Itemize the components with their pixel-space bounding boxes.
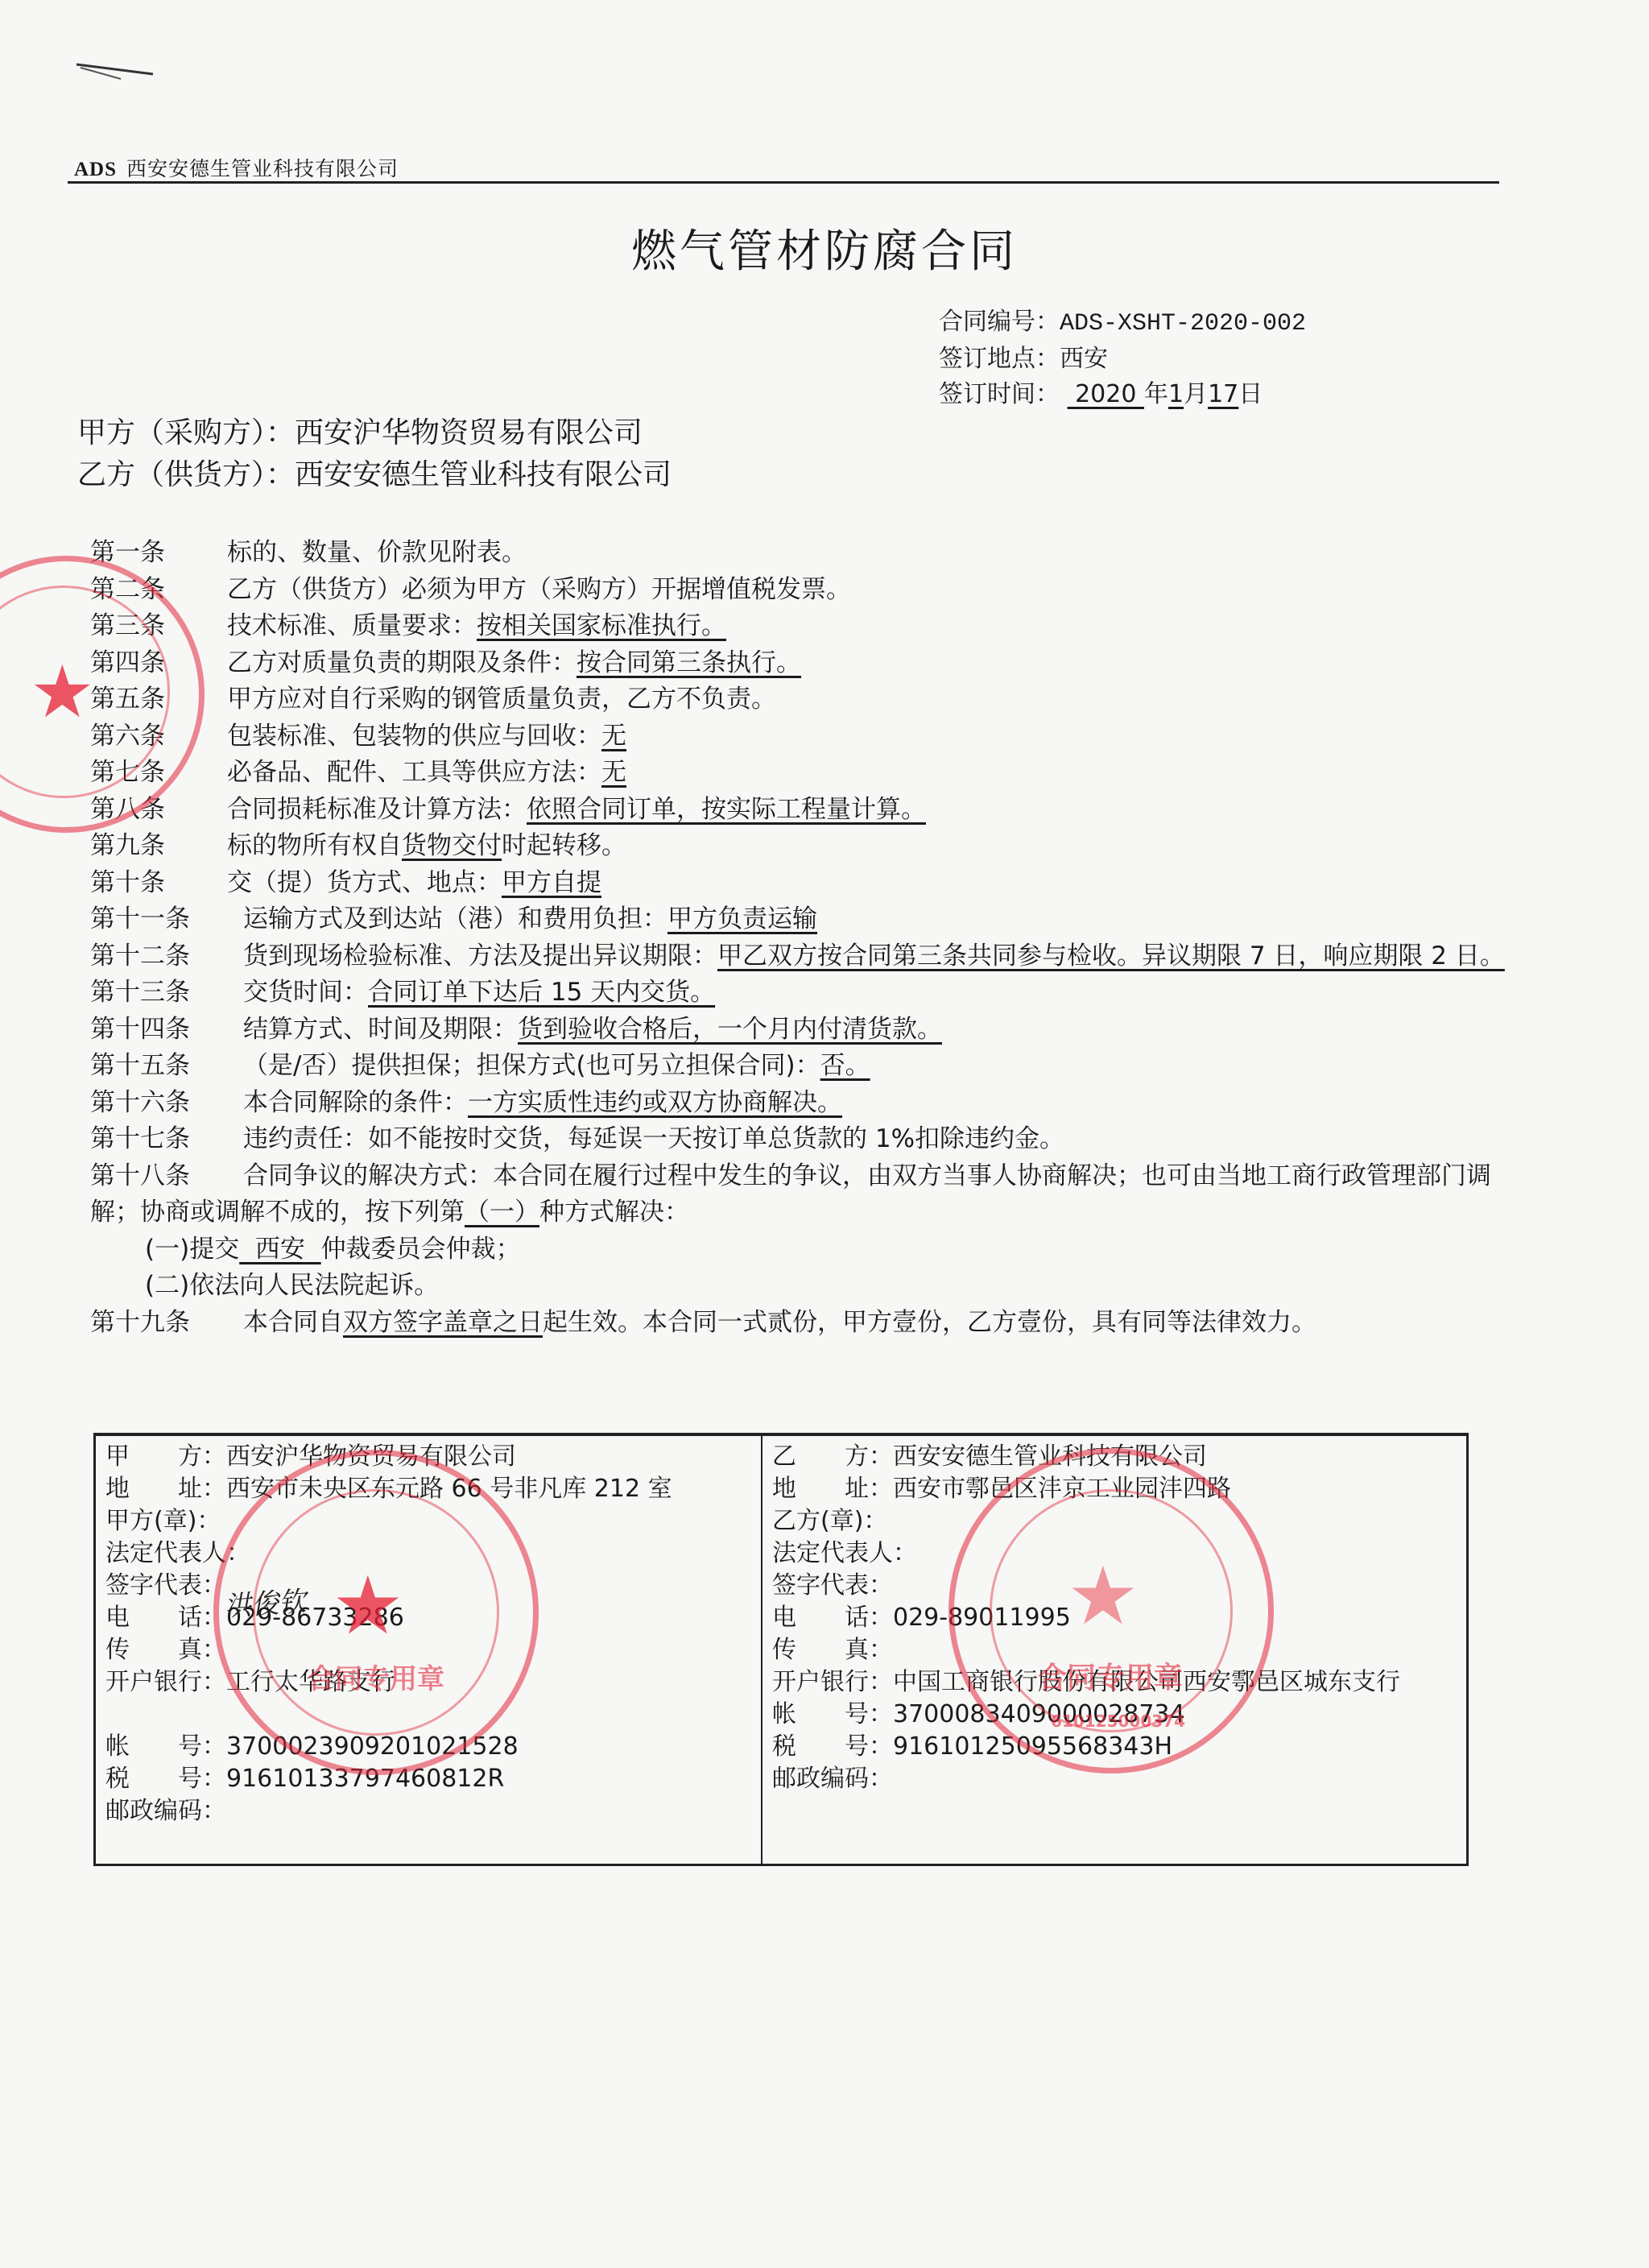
signing-month: 1 bbox=[1168, 380, 1184, 408]
arbitration-city: 西安 bbox=[239, 1235, 320, 1264]
scan-pen-mark bbox=[72, 56, 161, 81]
clause-16: 第十六条本合同解除的条件：一方实质性违约或双方协商解决。 bbox=[90, 1085, 1515, 1122]
party-b-account-row: 帐 号：3700083409000028734 bbox=[772, 1699, 1457, 1731]
clause-number: 第六条 bbox=[90, 718, 227, 755]
field-label: 乙方(章)： bbox=[772, 1505, 887, 1538]
clause-text: 交货时间： bbox=[243, 978, 368, 1007]
signing-day: 17 bbox=[1208, 380, 1238, 408]
clause-13: 第十三条交货时间：合同订单下达后 15 天内交货。 bbox=[90, 975, 1515, 1012]
field-value: 工行太华路支行 bbox=[226, 1666, 395, 1699]
clause-number: 第五条 bbox=[90, 681, 227, 718]
party-b-signature-block: 乙 方：西安安德生管业科技有限公司地 址：西安市鄠邑区沣京工业园沣四路乙方(章)… bbox=[763, 1436, 1466, 1864]
clause-19: 第十九条本合同自双方签字盖章之日起生效。本合同一式贰份，甲方壹份，乙方壹份，具有… bbox=[90, 1305, 1515, 1342]
seal-star-icon: ★ bbox=[30, 650, 95, 735]
row-spacer bbox=[105, 1699, 751, 1731]
party-a-postal-row: 邮政编码： bbox=[105, 1795, 751, 1827]
clause-number: 第十九条 bbox=[90, 1305, 243, 1342]
field-value: 3700023909201021528 bbox=[226, 1731, 519, 1763]
seller-name: 西安安德生管业科技有限公司 bbox=[295, 458, 672, 491]
clause-9: 第九条标的物所有权自货物交付时起转移。 bbox=[90, 828, 1515, 865]
field-label: 税 号： bbox=[105, 1763, 226, 1795]
clause-tail: 起生效。本合同一式贰份，甲方壹份，乙方壹份，具有同等法律效力。 bbox=[543, 1308, 1316, 1337]
clause-1: 第一条标的、数量、价款见附表。 bbox=[90, 535, 1515, 572]
dispute-option-1: (一)提交 西安 仲裁委员会仲裁； bbox=[90, 1231, 1515, 1269]
field-label: 电 话： bbox=[105, 1602, 226, 1634]
clause-text: 合同争议的解决方式：本合同在履行过程中发生的争议，由双方当事人协商解决；也可由当… bbox=[90, 1161, 1491, 1227]
signing-place: 西安 bbox=[1060, 345, 1108, 373]
clause-tail: 种方式解决： bbox=[539, 1198, 689, 1227]
clause-4: 第四条乙方对质量负责的期限及条件：按合同第三条执行。 bbox=[90, 645, 1515, 682]
clause-value: （一） bbox=[465, 1198, 539, 1227]
field-label: 地 址： bbox=[772, 1473, 893, 1505]
letterhead-divider bbox=[68, 181, 1499, 184]
field-label: 税 号： bbox=[772, 1731, 893, 1763]
party-a-fax-row: 传 真： bbox=[105, 1634, 751, 1666]
field-label: 甲 方： bbox=[105, 1441, 226, 1473]
party-a-seal-row: 甲方(章)： bbox=[105, 1505, 751, 1538]
clause-text: 乙方对质量负责的期限及条件： bbox=[227, 648, 577, 677]
clause-18: 第十八条合同争议的解决方式：本合同在履行过程中发生的争议，由双方当事人协商解决；… bbox=[90, 1158, 1515, 1231]
clause-value: 货到验收合格后，一个月内付清货款。 bbox=[518, 1015, 942, 1044]
field-label: 帐 号： bbox=[772, 1699, 893, 1731]
clause-5: 第五条甲方应对自行采购的钢管质量负责，乙方不负责。 bbox=[90, 681, 1515, 718]
clause-text: 本合同自 bbox=[243, 1308, 343, 1337]
clause-number: 第十四条 bbox=[90, 1012, 243, 1049]
party-b-seal-row: 乙方(章)： bbox=[772, 1505, 1457, 1538]
clause-number: 第二条 bbox=[90, 572, 227, 609]
clause-number: 第十八条 bbox=[90, 1158, 243, 1195]
clause-value: 货物交付 bbox=[402, 831, 502, 860]
party-b-phone-row: 电 话：029-89011995 bbox=[772, 1602, 1457, 1634]
clause-text: 甲方应对自行采购的钢管质量负责，乙方不负责。 bbox=[227, 685, 776, 714]
clause-value: 按合同第三条执行。 bbox=[577, 648, 801, 677]
clause-17: 第十七条违约责任：如不能按时交货，每延误一天按订单总货款的 1%扣除违约金。 bbox=[90, 1121, 1515, 1158]
clause-value: 甲方负责运输 bbox=[667, 904, 817, 933]
field-label: 乙 方： bbox=[772, 1441, 893, 1473]
letterhead: ADS西安安德生管业科技有限公司 bbox=[74, 153, 399, 182]
clause-number: 第十二条 bbox=[90, 938, 243, 975]
field-label: 法定代表人： bbox=[105, 1538, 250, 1570]
field-label: 传 真： bbox=[105, 1634, 226, 1666]
year-unit: 年 bbox=[1144, 380, 1168, 408]
party-b-address-row: 地 址：西安市鄠邑区沣京工业园沣四路 bbox=[772, 1473, 1457, 1505]
party-b-legal-rep-row: 法定代表人： bbox=[772, 1538, 1457, 1570]
clause-text: 乙方（供货方）必须为甲方（采购方）开据增值税发票。 bbox=[227, 575, 851, 604]
clause-6: 第六条包装标准、包装物的供应与回收：无 bbox=[90, 718, 1515, 755]
clause-2: 第二条乙方（供货方）必须为甲方（采购方）开据增值税发票。 bbox=[90, 572, 1515, 609]
party-b-signer-row: 签字代表： bbox=[772, 1570, 1457, 1602]
clause-tail: 时起转移。 bbox=[502, 831, 626, 860]
field-value: 西安市鄠邑区沣京工业园沣四路 bbox=[893, 1473, 1231, 1505]
clause-text: 结算方式、时间及期限： bbox=[243, 1015, 518, 1044]
clause-number: 第四条 bbox=[90, 645, 227, 682]
field-value: 3700083409000028734 bbox=[893, 1699, 1185, 1731]
signature-table: 甲 方：西安沪华物资贸易有限公司地 址：西安市未央区东元路 66 号非凡库 21… bbox=[93, 1433, 1469, 1866]
field-value: 91610133797460812R bbox=[226, 1763, 504, 1795]
signing-year: 2020 bbox=[1068, 380, 1144, 408]
clause-number: 第十一条 bbox=[90, 901, 243, 938]
clause-number: 第十七条 bbox=[90, 1121, 243, 1158]
clause-number: 第十五条 bbox=[90, 1048, 243, 1085]
clause-text: （是/否）提供担保；担保方式(也可另立担保合同)： bbox=[243, 1051, 820, 1080]
date-label: 签订时间： bbox=[939, 380, 1060, 408]
party-b-postal-row: 邮政编码： bbox=[772, 1763, 1457, 1795]
party-a-party-row: 甲 方：西安沪华物资贸易有限公司 bbox=[105, 1441, 751, 1473]
field-label: 开户银行： bbox=[772, 1666, 893, 1699]
party-b-fax-row: 传 真： bbox=[772, 1634, 1457, 1666]
clause-number: 第一条 bbox=[90, 535, 227, 572]
clause-text: 运输方式及到达站（港）和费用负担： bbox=[243, 904, 667, 933]
clause-text: 包装标准、包装物的供应与回收： bbox=[227, 722, 601, 751]
clause-number: 第十六条 bbox=[90, 1085, 243, 1122]
day-unit: 日 bbox=[1238, 380, 1263, 408]
contract-no-label: 合同编号： bbox=[939, 308, 1060, 336]
clause-text: 货到现场检验标准、方法及提出异议期限： bbox=[243, 942, 717, 971]
month-unit: 月 bbox=[1184, 380, 1208, 408]
option-prefix: (一)提交 bbox=[145, 1235, 239, 1264]
field-value: 西安安德生管业科技有限公司 bbox=[893, 1441, 1207, 1473]
party-b-party-row: 乙 方：西安安德生管业科技有限公司 bbox=[772, 1441, 1457, 1473]
field-value: 中国工商银行股份有限公司西安鄠邑区城东支行 bbox=[893, 1666, 1457, 1699]
clause-value: 一方实质性违约或双方协商解决。 bbox=[468, 1088, 842, 1117]
dispute-option-2: (二)依法向人民法院起诉。 bbox=[90, 1268, 1515, 1305]
clause-text: 交（提）货方式、地点： bbox=[227, 868, 502, 897]
party-a-phone-row: 电 话：029-86733286 bbox=[105, 1602, 751, 1634]
clause-14: 第十四条结算方式、时间及期限：货到验收合格后，一个月内付清货款。 bbox=[90, 1012, 1515, 1049]
clause-value: 否。 bbox=[820, 1051, 870, 1080]
clause-text: 违约责任：如不能按时交货，每延误一天按订单总货款的 1%扣除违约金。 bbox=[243, 1124, 1064, 1153]
clause-7: 第七条必备品、配件、工具等供应方法：无 bbox=[90, 755, 1515, 792]
handwritten-signature: 洪俊钦 bbox=[222, 1579, 307, 1624]
party-a-bank-row: 开户银行：工行太华路支行 bbox=[105, 1666, 751, 1699]
clause-list: 第一条标的、数量、价款见附表。第二条乙方（供货方）必须为甲方（采购方）开据增值税… bbox=[90, 535, 1515, 1341]
clause-10: 第十条交（提）货方式、地点：甲方自提 bbox=[90, 865, 1515, 902]
letterhead-company: 西安安德生管业科技有限公司 bbox=[126, 157, 399, 180]
clause-15: 第十五条（是/否）提供担保；担保方式(也可另立担保合同)：否。 bbox=[90, 1048, 1515, 1085]
clause-number: 第八条 bbox=[90, 792, 227, 829]
clause-number: 第九条 bbox=[90, 828, 227, 865]
clause-value: 依照合同订单，按实际工程量计算。 bbox=[527, 795, 926, 824]
company-logo-text: ADS bbox=[74, 159, 117, 180]
clause-12: 第十二条货到现场检验标准、方法及提出异议期限：甲乙双方按合同第三条共同参与检收。… bbox=[90, 938, 1515, 975]
field-label: 传 真： bbox=[772, 1634, 893, 1666]
clause-8: 第八条合同损耗标准及计算方法：依照合同订单，按实际工程量计算。 bbox=[90, 792, 1515, 829]
clause-value: 双方签字盖章之日 bbox=[343, 1308, 543, 1337]
seller-label: 乙方（供货方）： bbox=[77, 458, 295, 491]
clause-value: 无 bbox=[601, 758, 626, 787]
option-suffix: 仲裁委员会仲裁； bbox=[321, 1235, 521, 1264]
clause-text: 标的、数量、价款见附表。 bbox=[227, 538, 527, 567]
field-value: 029-89011995 bbox=[893, 1602, 1071, 1634]
party-a-tax-row: 税 号：91610133797460812R bbox=[105, 1763, 751, 1795]
place-label: 签订地点： bbox=[939, 345, 1060, 373]
party-a-signature-block: 甲 方：西安沪华物资贸易有限公司地 址：西安市未央区东元路 66 号非凡库 21… bbox=[96, 1436, 763, 1864]
clause-number: 第三条 bbox=[90, 608, 227, 645]
contract-meta: 合同编号：ADS-XSHT-2020-002 签订地点：西安 签订时间： 202… bbox=[939, 304, 1306, 412]
party-b-bank-row: 开户银行：中国工商银行股份有限公司西安鄠邑区城东支行 bbox=[772, 1666, 1457, 1699]
field-label: 签字代表： bbox=[772, 1570, 893, 1602]
party-a-signer-row: 签字代表： bbox=[105, 1570, 751, 1602]
party-a-legal-rep-row: 法定代表人： bbox=[105, 1538, 751, 1570]
clause-text: 标的物所有权自 bbox=[227, 831, 402, 860]
clause-text: 技术标准、质量要求： bbox=[227, 611, 477, 640]
clause-text: 本合同解除的条件： bbox=[243, 1088, 468, 1117]
buyer-label: 甲方（采购方）： bbox=[77, 416, 295, 449]
party-b-tax-row: 税 号：91610125095568343H bbox=[772, 1731, 1457, 1763]
field-value: 西安市未央区东元路 66 号非凡库 212 室 bbox=[226, 1473, 672, 1505]
clause-value: 无 bbox=[601, 722, 626, 751]
clause-text: 合同损耗标准及计算方法： bbox=[227, 795, 527, 824]
field-label: 帐 号： bbox=[105, 1731, 226, 1763]
field-label: 甲方(章)： bbox=[105, 1505, 221, 1538]
clause-text: 必备品、配件、工具等供应方法： bbox=[227, 758, 601, 787]
field-label: 电 话： bbox=[772, 1602, 893, 1634]
field-value: 西安沪华物资贸易有限公司 bbox=[226, 1441, 516, 1473]
field-label: 签字代表： bbox=[105, 1570, 226, 1602]
clause-number: 第十三条 bbox=[90, 975, 243, 1012]
party-a-account-row: 帐 号：3700023909201021528 bbox=[105, 1731, 751, 1763]
clause-value: 甲方自提 bbox=[502, 868, 601, 897]
clause-3: 第三条技术标准、质量要求：按相关国家标准执行。 bbox=[90, 608, 1515, 645]
party-a-address-row: 地 址：西安市未央区东元路 66 号非凡库 212 室 bbox=[105, 1473, 751, 1505]
clause-number: 第七条 bbox=[90, 755, 227, 792]
field-label: 邮政编码： bbox=[772, 1763, 893, 1795]
clause-value: 按相关国家标准执行。 bbox=[477, 611, 726, 640]
field-label: 邮政编码： bbox=[105, 1795, 226, 1827]
field-label: 开户银行： bbox=[105, 1666, 226, 1699]
field-label: 地 址： bbox=[105, 1473, 226, 1505]
clause-value: 合同订单下达后 15 天内交货。 bbox=[368, 978, 715, 1007]
contract-no: ADS-XSHT-2020-002 bbox=[1060, 310, 1306, 337]
clause-11: 第十一条运输方式及到达站（港）和费用负担：甲方负责运输 bbox=[90, 901, 1515, 938]
clause-number: 第十条 bbox=[90, 865, 227, 902]
contract-parties: 甲方（采购方）：西安沪华物资贸易有限公司 乙方（供货方）：西安安德生管业科技有限… bbox=[77, 412, 672, 496]
field-label: 法定代表人： bbox=[772, 1538, 917, 1570]
clause-value: 甲乙双方按合同第三条共同参与检收。异议期限 7 日，响应期限 2 日。 bbox=[717, 942, 1505, 971]
field-value: 91610125095568343H bbox=[893, 1731, 1172, 1763]
document-title: 燃气管材防腐合同 bbox=[0, 216, 1649, 280]
buyer-name: 西安沪华物资贸易有限公司 bbox=[295, 416, 643, 449]
